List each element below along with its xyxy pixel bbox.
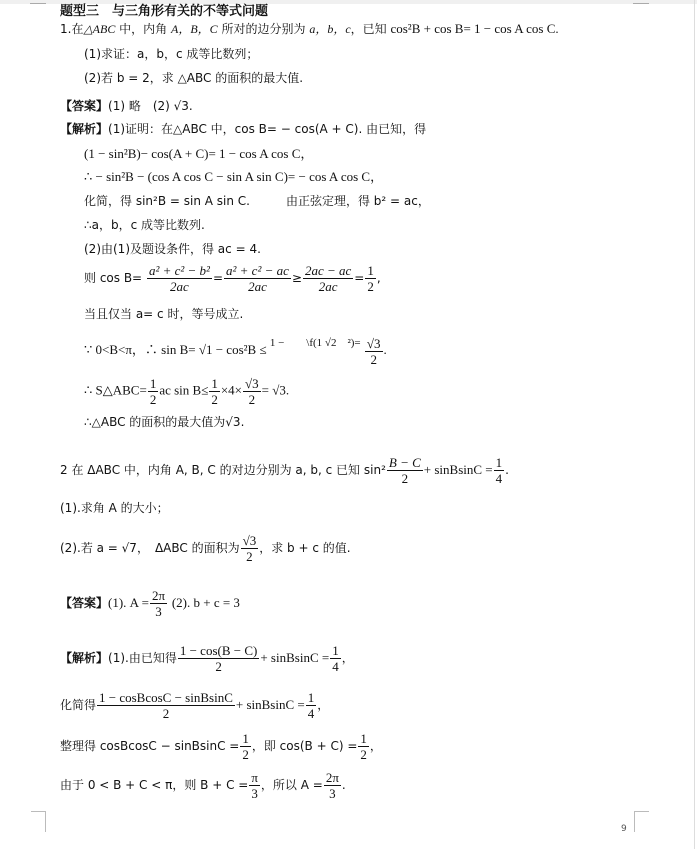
analysis-label: 【解析】 — [60, 651, 108, 665]
fraction: a² + c² − b²2ac — [147, 263, 212, 294]
problem2-analysis-line-1: 【解析】(1).由已知得1 − cos(B − C)2+ sinBsinC =1… — [60, 643, 354, 674]
problem1-answer: 【答案】(1) 略 (2) √3. — [60, 98, 193, 114]
fraction: 2ac − ac2ac — [303, 263, 353, 294]
analysis-label: 【解析】 — [60, 122, 108, 136]
area-prefix: ∴ S△ABC= — [84, 382, 147, 397]
fraction: 2π3 — [324, 770, 341, 801]
fraction: 12 — [365, 263, 376, 294]
margin-mark-top-left — [30, 3, 46, 4]
fraction: 1 − cos(B − C)2 — [178, 643, 260, 674]
problem1-analysis-conclusion: ∴△ABC 的面积的最大值为√3. — [84, 414, 244, 430]
problem1-analysis-line-4: 化简，得 sin²B = sin A sin C. 由正弦定理，得 b² = a… — [84, 193, 430, 209]
fraction: 12 — [209, 376, 220, 407]
stem-prefix: 1.在 — [60, 22, 83, 36]
problem2-stem: 2 在 ΔABC 中，内角 A, B, C 的对边分别为 a, b, c 已知 … — [60, 455, 509, 486]
section-title: 题型三 与三角形有关的不等式问题 — [60, 4, 268, 20]
garbled-formula: 1 − \f(1 √2 ²)= — [270, 337, 361, 349]
sinB-prefix: ∵ 0<B<π，∴ sin B= √1 − cos²B ≤ — [84, 342, 267, 357]
problem1-analysis-line-equality: 当且仅当 a= c 时，等号成立. — [84, 306, 243, 322]
problem2-analysis-line-4: 由于 0 < B + C < π，则 B + C =π3，所以 A =2π3. — [60, 770, 346, 801]
fraction: 12 — [358, 731, 369, 762]
cosB-derivation: 则 cos B= a² + c² − b²2ac=a² + c² − ac2ac… — [84, 263, 381, 294]
sinB-derivation: ∵ 0<B<π，∴ sin B= √1 − cos²B ≤ 1 − \f(1 √… — [84, 335, 387, 367]
fraction: 1 − cosBcosC − sinBsinC2 — [97, 690, 235, 721]
problem2-question2: (2).若 a = √7， ΔABC 的面积为√32，求 b + c 的值. — [60, 533, 351, 564]
analysis-text: (1)证明：在△ABC 中，cos B= − cos(A + C). 由已知，得 — [108, 122, 426, 136]
problem1-analysis-line-2: (1 − sin²B)− cos(A + C)= 1 − cos A cos C… — [84, 146, 313, 162]
problem2-analysis-line-2: 化简得1 − cosBcosC − sinBsinC2+ sinBsinC =1… — [60, 690, 329, 721]
cosB-prefix: 则 cos B= — [84, 271, 142, 285]
stem-text: ，已知 — [351, 22, 391, 36]
stem-triangle: △ABC — [83, 22, 115, 36]
fraction: 12 — [240, 731, 251, 762]
fraction: √32 — [365, 336, 383, 367]
margin-mark-bottom-left — [31, 811, 46, 832]
stem-text: 中，内角 — [115, 22, 171, 36]
problem1-stem: 1.在△ABC 中，内角 A，B，C 所对的边分别为 a，b，c，已知 cos²… — [60, 21, 559, 37]
fraction: π3 — [249, 770, 260, 801]
answer-label: 【答案】 — [60, 596, 108, 610]
problem1-question1: (1)求证：a，b，c 成等比数列； — [84, 46, 258, 62]
problem2-analysis-line-3: 整理得 cosBcosC − sinBsinC =12，即 cos(B + C)… — [60, 731, 382, 762]
problem1-analysis-line-5: ∴a，b，c 成等比数列. — [84, 217, 205, 233]
problem1-analysis-line-3: ∴ − sin²B − (cos A cos C − sin A sin C)=… — [84, 169, 383, 185]
stem-angles: A，B，C — [171, 22, 218, 36]
fraction: 12 — [148, 376, 159, 407]
fraction: 2π3 — [150, 588, 167, 619]
fraction: 14 — [330, 643, 341, 674]
problem2-question1: (1).求角 A 的大小； — [60, 500, 169, 516]
fraction: √32 — [241, 533, 259, 564]
area-derivation: ∴ S△ABC=12ac sin B≤12×4×√32= √3. — [84, 376, 289, 407]
stem-sides: a，b，c — [309, 22, 350, 36]
fraction: 14 — [494, 455, 505, 486]
stem-text: 所对的边分别为 — [218, 22, 310, 36]
problem1-question2: (2)若 b = 2，求 △ABC 的面积的最大值. — [84, 70, 303, 86]
margin-mark-top-right — [633, 3, 649, 4]
page-right-edge — [694, 0, 695, 849]
answer-text: (1) 略 (2) √3. — [108, 99, 193, 113]
fraction: √32 — [243, 376, 261, 407]
fraction: a² + c² − ac2ac — [224, 263, 291, 294]
stem-prefix: 2 在 ΔABC 中，内角 A, B, C 的对边分别为 a, b, c 已知 … — [60, 463, 386, 477]
answer-label: 【答案】 — [60, 99, 108, 113]
problem1-analysis-line-1: 【解析】(1)证明：在△ABC 中，cos B= − cos(A + C). 由… — [60, 121, 426, 137]
fraction: B − C2 — [387, 455, 423, 486]
margin-mark-bottom-right — [634, 811, 649, 832]
problem1-analysis-line-6: (2)由(1)及题设条件，得 ac = 4. — [84, 241, 261, 257]
fraction: 14 — [306, 690, 317, 721]
page-number: 9 — [621, 824, 627, 834]
problem2-answer: 【答案】(1). A =2π3 (2). b + c = 3 — [60, 588, 240, 619]
stem-equation: cos²B + cos B= 1 − cos A cos C. — [390, 21, 558, 36]
